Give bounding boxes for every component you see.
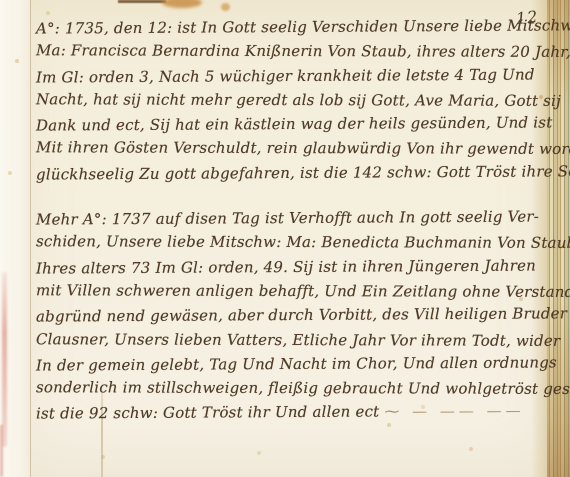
foxing-speckles (0, 0, 2, 2)
red-streak-stain (2, 272, 7, 447)
manuscript-line: Im Gl: orden 3, Nach 5 wüchiger krankhei… (36, 62, 542, 89)
entry-1735: A°: 1735, den 12: ist In Gott seelig Ver… (36, 15, 542, 185)
manuscript-line: mit Villen schweren anligen behafft, Und… (36, 278, 542, 304)
red-streak-stain-small (0, 425, 3, 477)
manuscript-line: Mehr A°: 1737 auf disen Tag ist Verhofft… (36, 205, 542, 232)
manuscript-line: In der gemein gelebt, Tag Und Nacht im C… (36, 350, 542, 377)
manuscript-line-text: ist die 92 schw: Gott Tröst ihr Und alle… (36, 403, 379, 423)
manuscript-line-last: ist die 92 schw: Gott Tröst ihr Und alle… (36, 399, 542, 426)
manuscript-line: A°: 1735, den 12: ist In Gott seelig Ver… (36, 13, 542, 40)
entry-1737: Mehr A°: 1737 auf disen Tag ist Verhofft… (36, 206, 542, 425)
manuscript-line: Ihres alters 73 Im Gl: orden, 49. Sij is… (36, 253, 542, 280)
manuscript-line: Clausner, Unsers lieben Vatters, Etliche… (36, 327, 542, 353)
manuscript-line: abgründ nend gewäsen, aber durch Vorbitt… (36, 302, 542, 329)
manuscript-page-scan: 12 A°: 1735, den 12: ist In Gott seelig … (0, 0, 570, 477)
ink-smudge-top (118, 0, 166, 3)
manuscript-line: glückhseelig Zu gott abgefahren, ist die… (36, 159, 542, 186)
end-flourish-dashes: ⁓ — —— —— (384, 402, 524, 421)
foxing-dot-top (221, 3, 230, 11)
manuscript-text-block: A°: 1735, den 12: ist In Gott seelig Ver… (36, 15, 542, 425)
foxing-stain-top (162, 0, 202, 8)
manuscript-line: Mit ihren Gösten Verschuldt, rein glaubw… (36, 136, 542, 162)
manuscript-line: Nacht, hat sij nicht mehr geredt als lob… (36, 87, 542, 113)
manuscript-line: sonderlich im stillschweigen, fleißig ge… (36, 375, 542, 401)
manuscript-line: Dank und ect, Sij hat ein kästlein wag d… (36, 111, 542, 138)
manuscript-line: Ma: Francisca Bernardina Knißnerin Von S… (36, 39, 542, 65)
manuscript-line: schiden, Unsere liebe Mitschw: Ma: Bened… (36, 230, 542, 256)
